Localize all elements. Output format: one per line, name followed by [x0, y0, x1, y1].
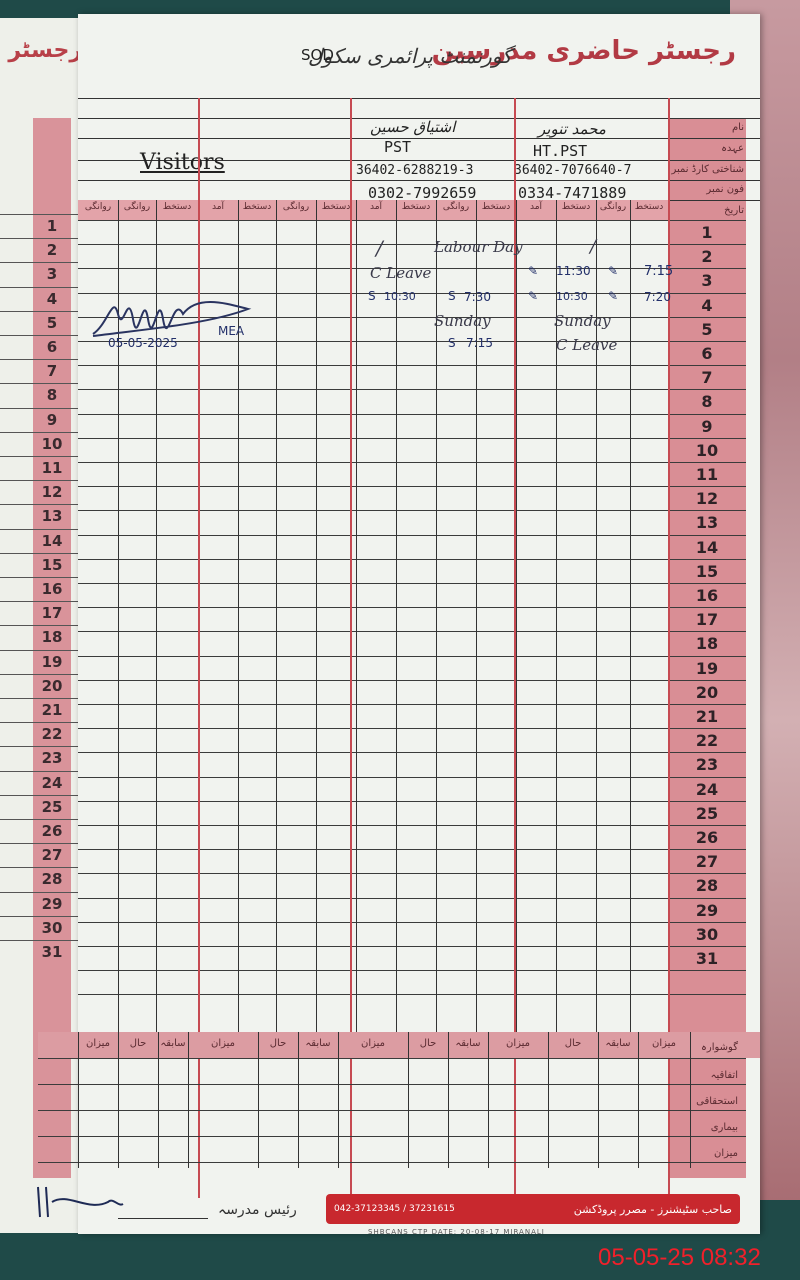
day-number: 30	[670, 925, 744, 944]
summary-row-line	[38, 1110, 746, 1111]
grid-row-line	[78, 244, 746, 245]
left-page-row-line	[0, 940, 82, 941]
teacher2-cnic: 36402-6288219-3	[356, 163, 473, 178]
left-page-row-line	[0, 383, 82, 384]
left-page-row-line	[0, 722, 82, 723]
left-page-day-number: 22	[33, 725, 71, 743]
day-number: 15	[670, 562, 744, 581]
summary-column-header: میزان	[338, 1038, 408, 1049]
school-name-handwritten: گورنمنٹ پرائمری سکول	[308, 44, 512, 68]
grid-row-line	[78, 752, 746, 753]
column-header: روانگی	[436, 202, 476, 212]
column-header: دستخط	[396, 202, 436, 212]
column-header: آمد	[516, 202, 556, 212]
left-page-day-number: 13	[33, 507, 71, 525]
summary-row-line	[38, 1136, 746, 1137]
grid-row-line	[78, 946, 746, 947]
left-page-row-line	[0, 746, 82, 747]
summary-column-line	[488, 1032, 489, 1168]
summary-row-header: گوشوارہ	[678, 1042, 738, 1053]
teacher2-designation: PST	[384, 138, 411, 156]
left-page-row-line	[0, 529, 82, 530]
summary-column-line	[408, 1032, 409, 1168]
column-header: روانگی	[118, 202, 156, 212]
left-page-row-line	[0, 916, 82, 917]
day-number: 16	[670, 586, 744, 605]
info-row-divider	[78, 138, 760, 139]
grid-row-line	[78, 389, 746, 390]
summary-column-line	[78, 1032, 79, 1168]
left-page-day-number: 18	[33, 628, 71, 646]
left-page-day-number: 17	[33, 604, 71, 622]
grid-row-line	[78, 583, 746, 584]
day-number: 13	[670, 513, 744, 532]
entry-day3-teacher2-departure: 10:30	[384, 290, 416, 303]
day-number: 3	[670, 271, 744, 290]
entry-day5-sign-t2: S	[448, 336, 456, 350]
column-header: آمد	[198, 202, 238, 212]
left-page-row-line	[0, 771, 82, 772]
head-signature-line	[118, 1218, 208, 1219]
left-page-row-line	[0, 577, 82, 578]
day-number: 4	[670, 296, 744, 315]
entry-day3-sign-t2: S	[368, 289, 376, 303]
head-signature-scribble-icon	[28, 1182, 128, 1222]
grid-column-line	[276, 200, 277, 1032]
summary-column-line	[188, 1032, 189, 1168]
day-number: 7	[670, 368, 744, 387]
left-page-day-number: 27	[33, 846, 71, 864]
left-page-day-number: 15	[33, 556, 71, 574]
teacher1-cnic: 36402-7076640-7	[514, 163, 631, 178]
visitor-signature: 05-05-2025 MEA	[88, 284, 258, 348]
register-page: رجسٹر حاضری مدرسین گورنمنٹ پرائمری سکول …	[78, 14, 760, 1234]
grid-row-line	[78, 414, 746, 415]
day-number: 20	[670, 683, 744, 702]
entry-day2-teacher1-arrival: 7:15	[644, 264, 673, 279]
grid-row-line	[78, 535, 746, 536]
left-page-row-line	[0, 625, 82, 626]
left-page-day-number: 4	[33, 290, 71, 308]
day-number: 2	[670, 247, 744, 266]
left-page-day-number: 24	[33, 774, 71, 792]
summary-column-header: حال	[408, 1038, 448, 1049]
left-page-day-number: 20	[33, 677, 71, 695]
day-number: 11	[670, 465, 744, 484]
summary-column-header: حال	[258, 1038, 298, 1049]
entry-day3-sign-t1b: ✎	[608, 289, 618, 303]
grid-column-line	[396, 200, 397, 1032]
left-page-row-line	[0, 674, 82, 675]
left-page-row-line	[0, 843, 82, 844]
grid-row-line	[78, 656, 746, 657]
label-name: نام	[670, 122, 748, 133]
summary-column-header: سابقہ	[158, 1038, 188, 1049]
grid-row-line	[78, 777, 746, 778]
left-page-row-line	[0, 867, 82, 868]
entry-day1-labour-day: Labour Day	[434, 238, 523, 256]
grid-row-line	[78, 680, 746, 681]
teacher2-name: اشتیاق حسین	[370, 118, 455, 136]
left-page-row-line	[0, 650, 82, 651]
day-number: 25	[670, 804, 744, 823]
left-page-day-number: 6	[33, 338, 71, 356]
left-page-row-line	[0, 335, 82, 336]
grid-row-line	[78, 438, 746, 439]
grid-row-line	[78, 365, 746, 366]
grid-row-line	[78, 873, 746, 874]
left-page-day-number: 31	[33, 943, 71, 961]
left-page-row-line	[0, 238, 82, 239]
left-page-row-line	[0, 601, 82, 602]
day-number: 1	[670, 223, 744, 242]
school-code: SOD	[301, 46, 334, 64]
entry-day3-teacher2-arrival: 7:30	[464, 290, 491, 304]
left-page-day-number: 14	[33, 532, 71, 550]
left-page-row-line	[0, 504, 82, 505]
camera-timestamp: 05-05-25 08:32	[598, 1244, 761, 1272]
entry-day5-teacher1-leave: C Leave	[556, 336, 617, 354]
entry-day1-slash: /	[590, 236, 596, 257]
left-page-day-number: 7	[33, 362, 71, 380]
left-page-row-line	[0, 311, 82, 312]
column-header: آمد	[356, 202, 396, 212]
summary-column-line	[338, 1032, 339, 1168]
summary-row-line	[38, 1162, 746, 1163]
grid-row-line	[78, 898, 746, 899]
column-header: روانگی	[78, 202, 118, 212]
publisher-phone: 042-37123345 / 37231615	[334, 1204, 455, 1214]
publisher-sub: SHBCANS CTP DATE: 20-08-17 MIRANALI	[368, 1228, 545, 1236]
grid-row-line	[78, 922, 746, 923]
entry-day2-sign: ✎	[528, 264, 538, 278]
grid-row-line	[78, 825, 746, 826]
day-number: 10	[670, 441, 744, 460]
day-number: 18	[670, 634, 744, 653]
left-page-day-number: 1	[33, 217, 71, 235]
entry-day2-teacher1-departure: 11:30	[556, 264, 591, 278]
summary-column-header: حال	[548, 1038, 598, 1049]
summary-column-line	[448, 1032, 449, 1168]
summary-column-line	[548, 1032, 549, 1168]
left-page-day-number: 2	[33, 241, 71, 259]
grid-row-line	[78, 970, 746, 971]
label-designation: عہدہ	[670, 143, 748, 154]
column-header: دستخط	[156, 202, 198, 212]
column-header: دستخط	[630, 202, 668, 212]
day-number: 28	[670, 876, 744, 895]
head-signature	[28, 1182, 128, 1228]
summary-column-header: حال	[118, 1038, 158, 1049]
summary-column-header: سابقہ	[598, 1038, 638, 1049]
label-phone: فون نمبر	[670, 184, 748, 195]
day-number: 27	[670, 852, 744, 871]
entry-day5-teacher2-arrival: 7:15	[466, 336, 493, 350]
column-header: دستخط	[476, 202, 516, 212]
day-number: 12	[670, 489, 744, 508]
day-number: 6	[670, 344, 744, 363]
grid-column-line	[516, 200, 517, 1032]
grid-row-line	[78, 510, 746, 511]
left-page-day-number: 29	[33, 895, 71, 913]
grid-row-line	[78, 994, 746, 995]
day-number: 24	[670, 780, 744, 799]
entry-day4-teacher1-sunday: Sunday	[554, 312, 611, 330]
left-page-row-line	[0, 287, 82, 288]
left-page-day-number: 8	[33, 386, 71, 404]
day-number: 29	[670, 901, 744, 920]
left-page-row-line	[0, 553, 82, 554]
left-page-row-line	[0, 262, 82, 263]
left-page-day-number: 28	[33, 870, 71, 888]
summary-column-header: میزان	[78, 1038, 118, 1049]
left-page-row-line	[0, 795, 82, 796]
left-page-day-number: 3	[33, 265, 71, 283]
day-number: 17	[670, 610, 744, 629]
left-page-row-line	[0, 698, 82, 699]
summary-row-total: میزان	[678, 1148, 738, 1159]
grid-row-line	[78, 849, 746, 850]
summary-column-line	[258, 1032, 259, 1168]
publisher-name: صاحب سٹیشنرز - مصرر پروڈکشن	[574, 1203, 732, 1216]
left-page-row-line	[0, 214, 82, 215]
teacher1-designation: HT.PST	[533, 142, 587, 160]
summary-row-earned: استحقاقی	[678, 1096, 738, 1107]
grid-row-line	[78, 462, 746, 463]
grid-column-line	[316, 200, 317, 1032]
summary-row-casual: اتفاقیہ	[678, 1070, 738, 1081]
left-page-row-line	[0, 359, 82, 360]
left-page-day-number: 30	[33, 919, 71, 937]
summary-column-line	[298, 1032, 299, 1168]
summary-column-header: میزان	[188, 1038, 258, 1049]
entry-day3-teacher1-departure: 10:30	[556, 290, 588, 303]
left-page-day-number: 5	[33, 314, 71, 332]
left-page-day-number: 19	[33, 653, 71, 671]
left-page-day-number: 16	[33, 580, 71, 598]
left-page-day-number: 23	[33, 749, 71, 767]
summary-row-line	[38, 1084, 746, 1085]
day-number: 9	[670, 417, 744, 436]
entry-day4-teacher2-sunday: Sunday	[434, 312, 491, 330]
left-page-day-number: 21	[33, 701, 71, 719]
day-number: 8	[670, 392, 744, 411]
entry-day2-teacher2-leave: C Leave	[370, 264, 431, 282]
entry-day3-sign-t2b: S	[448, 289, 456, 303]
left-page-day-number: 10	[33, 435, 71, 453]
day-number: 5	[670, 320, 744, 339]
head-label: رئیس مدرسہ	[218, 1202, 297, 1218]
summary-column-line	[118, 1032, 119, 1168]
left-page-day-number: 25	[33, 798, 71, 816]
summary-column-header: سابقہ	[448, 1038, 488, 1049]
left-page-row-line	[0, 819, 82, 820]
summary-column-header: سابقہ	[298, 1038, 338, 1049]
summary-row-line	[38, 1058, 746, 1059]
summary-column-line	[158, 1032, 159, 1168]
day-number: 22	[670, 731, 744, 750]
left-page-row-line	[0, 432, 82, 433]
summary-column-line	[598, 1032, 599, 1168]
grid-row-line	[78, 728, 746, 729]
left-page-day-number: 9	[33, 411, 71, 429]
entry-day3-teacher1-arrival: 7:20	[644, 290, 671, 304]
left-page-row-line	[0, 408, 82, 409]
grid-row-line	[78, 607, 746, 608]
column-header: روانگی	[596, 202, 630, 212]
entry-day1-slash-left: /	[376, 236, 383, 260]
column-header: روانگی	[276, 202, 316, 212]
grid-column-line	[630, 200, 631, 1032]
left-page-day-number: 26	[33, 822, 71, 840]
grid-row-line	[78, 486, 746, 487]
left-page-day-number: 11	[33, 459, 71, 477]
column-header: دستخط	[556, 202, 596, 212]
grid-row-line	[78, 704, 746, 705]
publisher-banner: صاحب سٹیشنرز - مصرر پروڈکشن 042-37123345…	[326, 1194, 740, 1224]
teacher1-name: محمد تنویر	[538, 120, 606, 138]
day-number: 14	[670, 538, 744, 557]
grid-column-line	[356, 200, 357, 1032]
visitor-signature-date: 05-05-2025	[108, 336, 178, 350]
title-rule	[78, 98, 760, 99]
summary-column-header: میزان	[488, 1038, 548, 1049]
day-number: 21	[670, 707, 744, 726]
day-number: 26	[670, 828, 744, 847]
entry-day2-sign2: ✎	[608, 264, 618, 278]
summary-row-sick: بیماری	[678, 1122, 738, 1133]
grid-row-line	[78, 220, 746, 221]
entry-day3-sign-t1: ✎	[528, 289, 538, 303]
visitor-signature-designation: MEA	[218, 324, 244, 338]
left-page-row-line	[0, 456, 82, 457]
left-page-row-line	[0, 892, 82, 893]
grid-row-line	[78, 801, 746, 802]
info-row-divider	[78, 180, 760, 181]
grid-row-line	[78, 559, 746, 560]
grid-row-line	[78, 631, 746, 632]
summary-column-line	[690, 1032, 691, 1168]
day-number: 23	[670, 755, 744, 774]
day-number: 31	[670, 949, 744, 968]
label-cnic: شناختی کارڈ نمبر	[670, 164, 748, 175]
visitors-label: Visitors	[140, 150, 225, 175]
left-page-row-line	[0, 480, 82, 481]
left-page-title: رجسٹر حاض	[0, 38, 82, 63]
day-number: 19	[670, 659, 744, 678]
left-page-day-number: 12	[33, 483, 71, 501]
column-header: دستخط	[238, 202, 276, 212]
label-date: تاریخ	[670, 205, 748, 216]
summary-column-line	[638, 1032, 639, 1168]
